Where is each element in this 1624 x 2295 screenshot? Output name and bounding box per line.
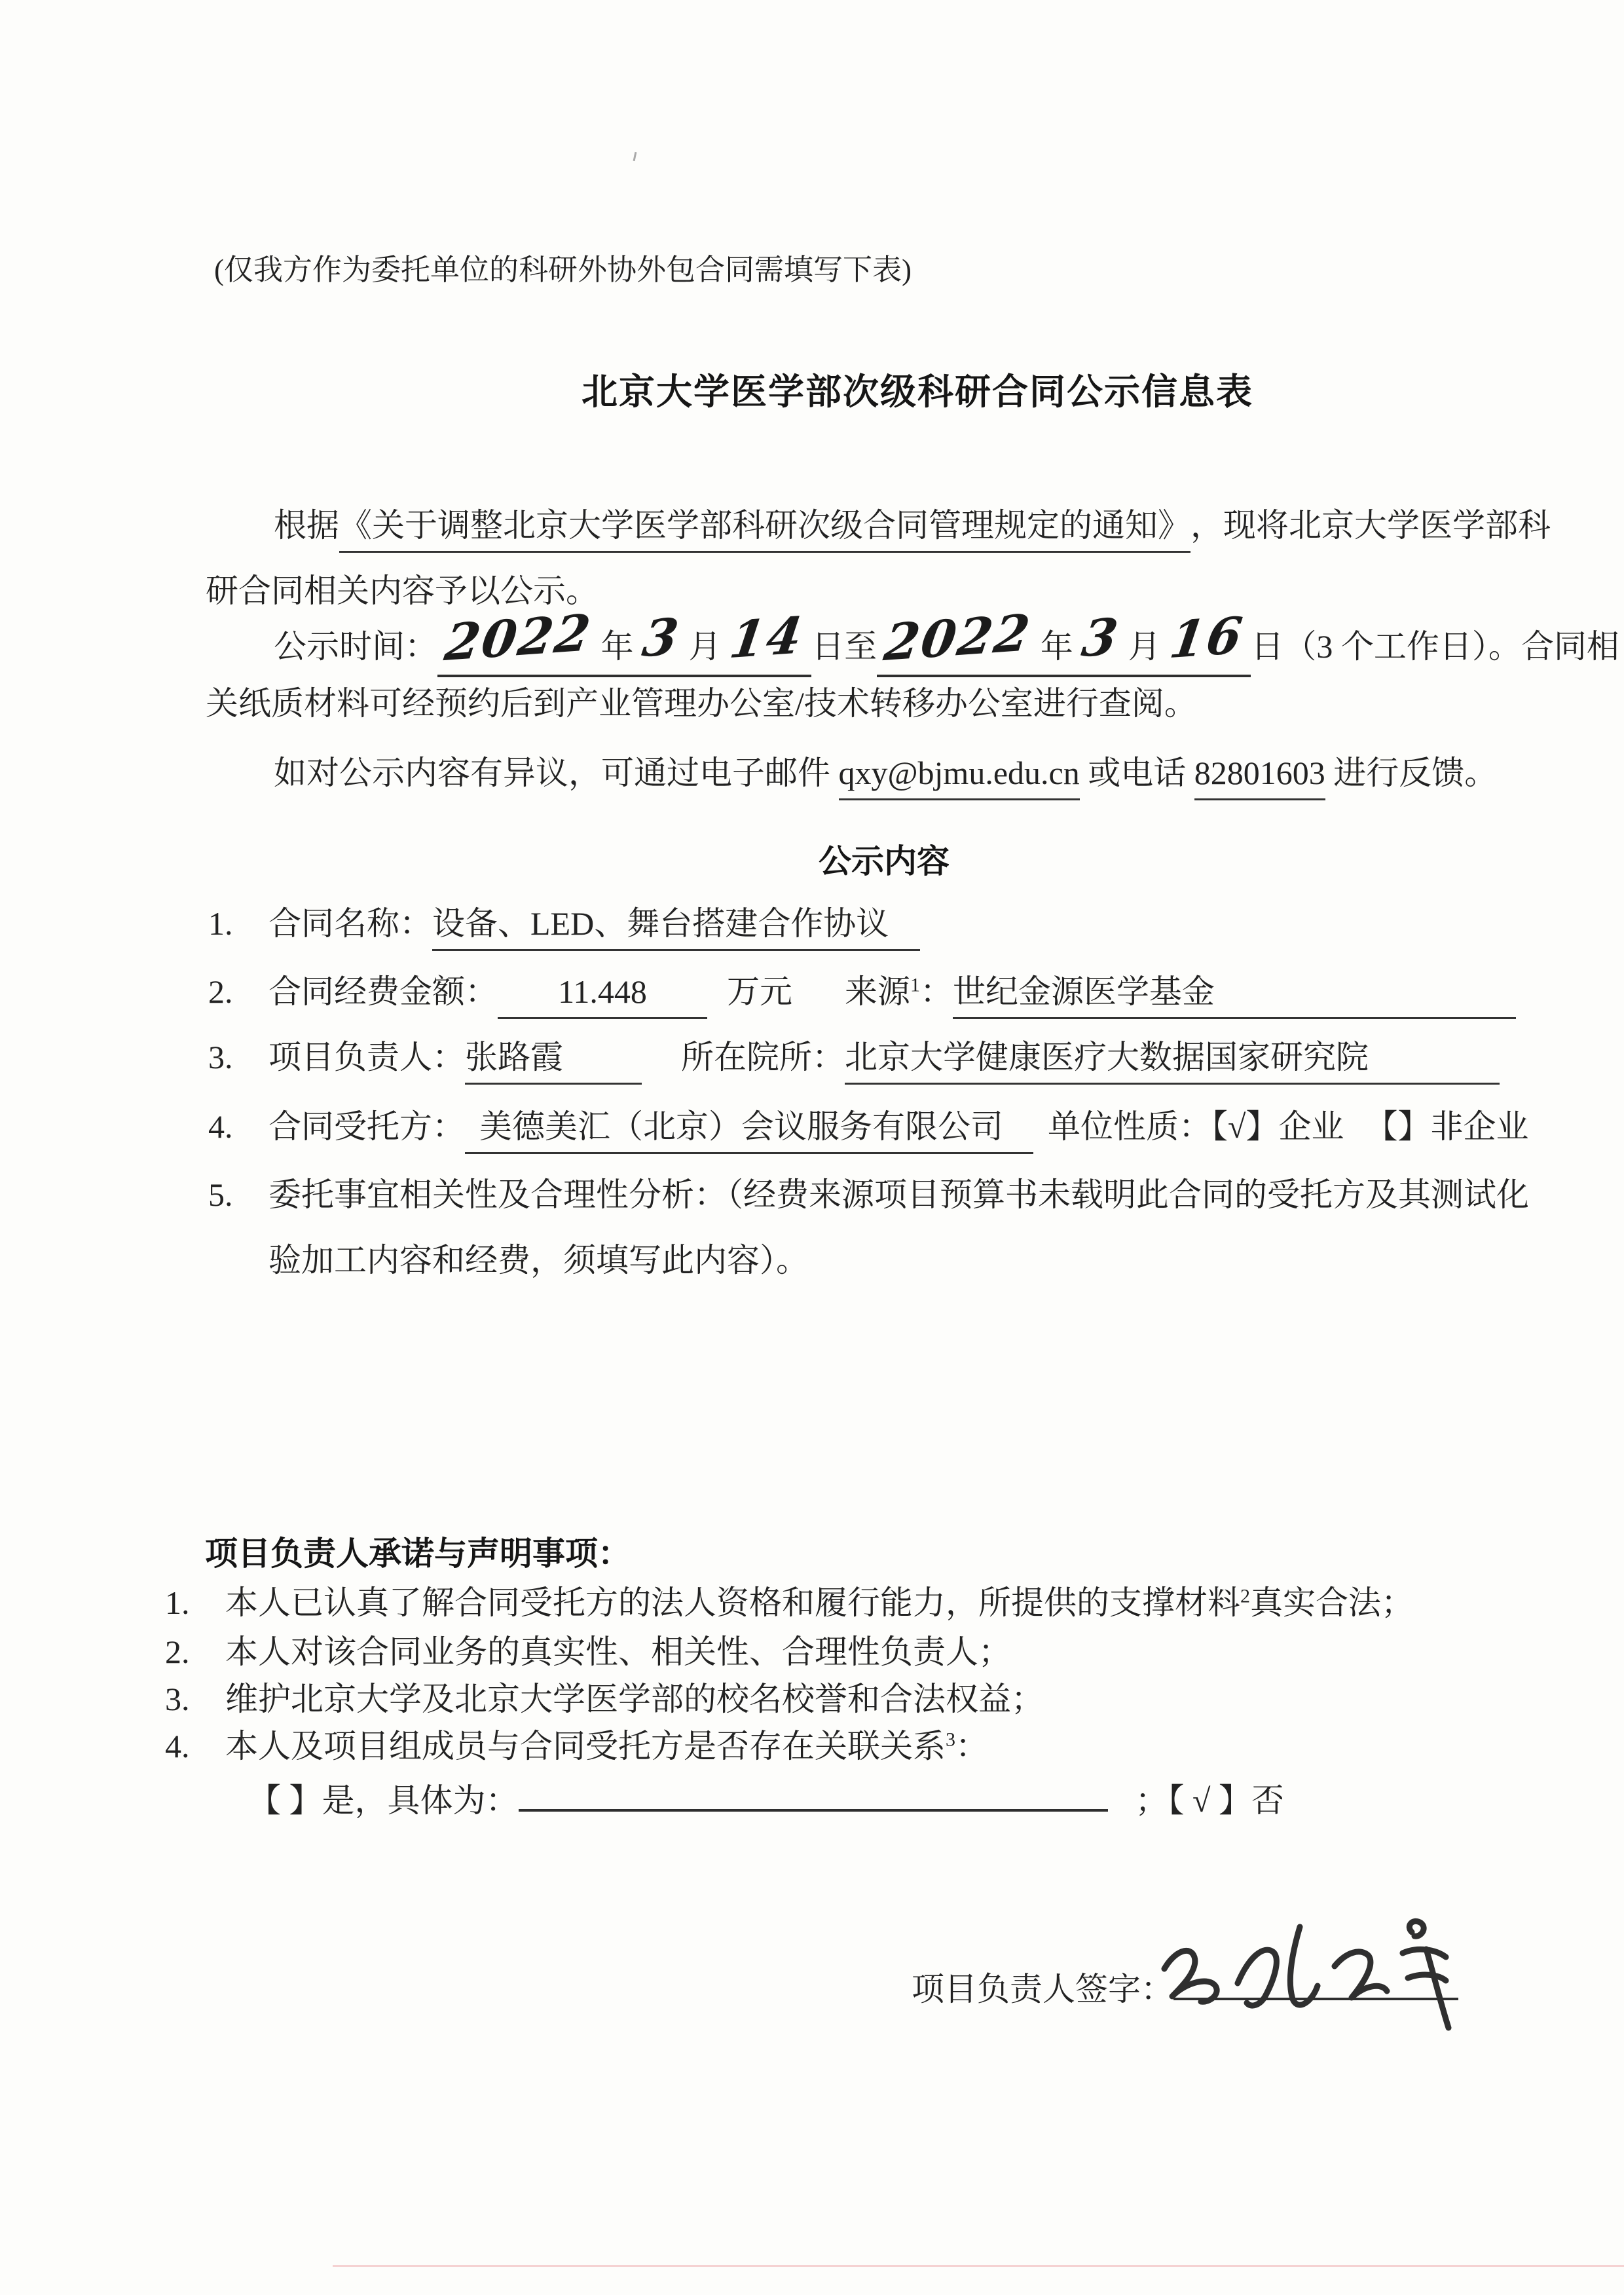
feedback-prefix: 如对公示内容有异议，可通过电子邮件 [274, 755, 839, 791]
publicity-line-2: 关纸质材料可经预约后到产业管理办公室/技术转移办公室进行查阅。 [206, 682, 1197, 725]
intro-line-2: 研合同相关内容予以公示。 [206, 570, 599, 612]
department-label: 所在院所： [681, 1039, 845, 1075]
relation-semicolon: ； [1135, 1782, 1168, 1819]
enterprise-label: 企业 [1278, 1108, 1344, 1145]
content-section-heading: 公示内容 [819, 840, 950, 883]
feedback-suffix: 进行反馈。 [1325, 755, 1498, 791]
intro-line-1: 根据《关于调整北京大学医学部科研次级合同管理规定的通知》，现将北京大学医学部科 [274, 504, 1551, 553]
source-superscript: 1 [910, 974, 920, 996]
referenced-notice-title: 《关于调整北京大学医学部科研次级合同管理规定的通知》 [339, 504, 1190, 553]
relation-answer-line: 【 】是，具体为：；【 √ 】否 [248, 1776, 1284, 1822]
non-enterprise-checkbox: 【】 [1365, 1108, 1430, 1145]
relation-details-blank [519, 1776, 1108, 1812]
item-4-number: 4. [208, 1106, 268, 1148]
day-unit: 日 [1251, 628, 1283, 665]
no-checkbox-checked: 【 √ 】 [1168, 1782, 1251, 1819]
intro-after-doc: ，现将北京大学医学部科 [1190, 507, 1551, 544]
item-5-number: 5. [208, 1174, 268, 1216]
item-analysis-line-2: 验加工内容和经费，须填写此内容）。 [268, 1239, 809, 1282]
year-unit: 年 [601, 628, 634, 665]
end-day-handwritten: 16 [1167, 616, 1246, 661]
item-3-label: 项目负责人： [268, 1039, 465, 1075]
signature-label: 项目负责人签字： [912, 1971, 1173, 2007]
item-contract-name: 1.合同名称：设备、LED、舞台搭建合作协议 [208, 903, 920, 951]
item-1-number: 1. [208, 903, 268, 945]
end-month-handwritten: 3 [1079, 617, 1121, 660]
declaration-4-tail: ： [955, 1728, 988, 1764]
feedback-middle: 或电话 [1080, 755, 1194, 791]
funding-source-value: 世纪金源医学基金 [953, 971, 1516, 1019]
item-project-leader: 3.项目负责人：张路霞所在院所：北京大学健康医疗大数据国家研究院 [208, 1036, 1500, 1085]
end-year-handwritten: 2022 [882, 613, 1034, 663]
declaration-3-text: 维护北京大学及北京大学医学部的校名校誉和合法权益； [225, 1681, 1044, 1717]
intro-lead: 根据 [274, 507, 339, 544]
item-2-label: 合同经费金额： [268, 973, 498, 1010]
declaration-item-3: 3.维护北京大学及北京大学医学部的校名校誉和合法权益； [165, 1678, 1044, 1721]
department-value: 北京大学健康医疗大数据国家研究院 [845, 1036, 1500, 1085]
publicity-tail: （3 个工作日）。合同相 [1283, 628, 1619, 665]
declaration-heading: 项目负责人承诺与声明事项： [205, 1533, 631, 1575]
declaration-4-superscript: 3 [946, 1728, 955, 1750]
day-to-unit: 日至 [811, 628, 877, 665]
yes-checkbox-empty: 【 】 [248, 1782, 322, 1819]
feedback-phone: 82801603 [1194, 752, 1325, 800]
enterprise-checkbox-checked: 【√】 [1211, 1108, 1278, 1145]
note-line: (仅我方作为委托单位的科研外协外包合同需填写下表) [214, 251, 912, 289]
contract-name-value: 设备、LED、舞台搭建合作协议 [432, 903, 920, 951]
month-unit: 月 [688, 628, 721, 665]
year-unit-2: 年 [1041, 628, 1073, 665]
contractor-value: 美德美汇（北京）会议服务有限公司 [465, 1106, 1033, 1154]
item-4-label: 合同受托方： [268, 1108, 465, 1145]
no-label: 否 [1251, 1782, 1284, 1819]
item-3-number: 3. [208, 1036, 268, 1079]
source-colon: ： [920, 973, 953, 1010]
item-2-number: 2. [208, 971, 268, 1013]
declaration-1-superscript: 2 [1240, 1585, 1250, 1607]
scan-artifact [633, 152, 637, 161]
publicity-label: 公示时间： [274, 628, 437, 665]
amount-unit: 万元 [727, 973, 792, 1010]
feedback-line: 如对公示内容有异议，可通过电子邮件 qxy@bjmu.edu.cn 或电话 82… [274, 752, 1497, 800]
signature-handwriting [1153, 1912, 1460, 2037]
declaration-item-1: 1.本人已认真了解合同受托方的法人资格和履行能力，所提供的支撑材料2真实合法； [165, 1582, 1414, 1624]
month-unit-2: 月 [1128, 628, 1161, 665]
declaration-4-text: 本人及项目组成员与合同受托方是否存在关联关系 [225, 1728, 946, 1764]
item-1-label: 合同名称： [268, 905, 432, 942]
declaration-2-text: 本人对该合同业务的真实性、相关性、合理性负责人； [225, 1633, 1011, 1670]
declaration-item-4: 4.本人及项目组成员与合同受托方是否存在关联关系3： [165, 1725, 988, 1768]
yes-label: 是，具体为： [322, 1782, 519, 1819]
contract-amount-value: 11.448 [498, 971, 707, 1019]
entity-nature-label: 单位性质： [1048, 1108, 1211, 1145]
declaration-item-2: 2.本人对该合同业务的真实性、相关性、合理性负责人； [165, 1631, 1011, 1673]
declaration-1-tail: 真实合法； [1250, 1584, 1414, 1621]
publicity-time-line: 公示时间：2022年3月14日至2022年3月16日（3 个工作日）。合同相 [274, 621, 1619, 677]
publicity-end-date-group: 2022年3月16 [877, 621, 1251, 677]
item-contractor: 4.合同受托方：美德美汇（北京）会议服务有限公司单位性质：【√】企业【】非企业 [208, 1106, 1528, 1154]
project-leader-value: 张路霞 [465, 1036, 642, 1085]
declaration-1-number: 1. [165, 1582, 225, 1624]
item-analysis-line-1: 5.委托事宜相关性及合理性分析：（经费来源项目预算书未载明此合同的受托方及其测试… [208, 1174, 1529, 1216]
start-month-handwritten: 3 [640, 617, 682, 660]
start-year-handwritten: 2022 [443, 613, 595, 663]
feedback-email: qxy@bjmu.edu.cn [839, 752, 1080, 800]
scan-artifact-line [333, 2265, 1624, 2267]
document-page: (仅我方作为委托单位的科研外协外包合同需填写下表) 北京大学医学部次级科研合同公… [0, 0, 1624, 2295]
declaration-2-number: 2. [165, 1631, 225, 1673]
document-title: 北京大学医学部次级科研合同公示信息表 [581, 363, 1253, 415]
declaration-1-text: 本人已认真了解合同受托方的法人资格和履行能力，所提供的支撑材料 [225, 1584, 1240, 1621]
non-enterprise-label: 非企业 [1430, 1108, 1528, 1145]
item-5-text-1: 委托事宜相关性及合理性分析：（经费来源项目预算书未载明此合同的受托方及其测试化 [268, 1176, 1529, 1213]
declaration-3-number: 3. [165, 1678, 225, 1721]
start-day-handwritten: 14 [728, 616, 806, 661]
source-label: 来源 [845, 973, 910, 1010]
publicity-start-date-group: 2022年3月14 [437, 621, 811, 677]
item-contract-amount: 2.合同经费金额：11.448万元来源1：世纪金源医学基金 [208, 971, 1516, 1019]
declaration-4-number: 4. [165, 1725, 225, 1768]
